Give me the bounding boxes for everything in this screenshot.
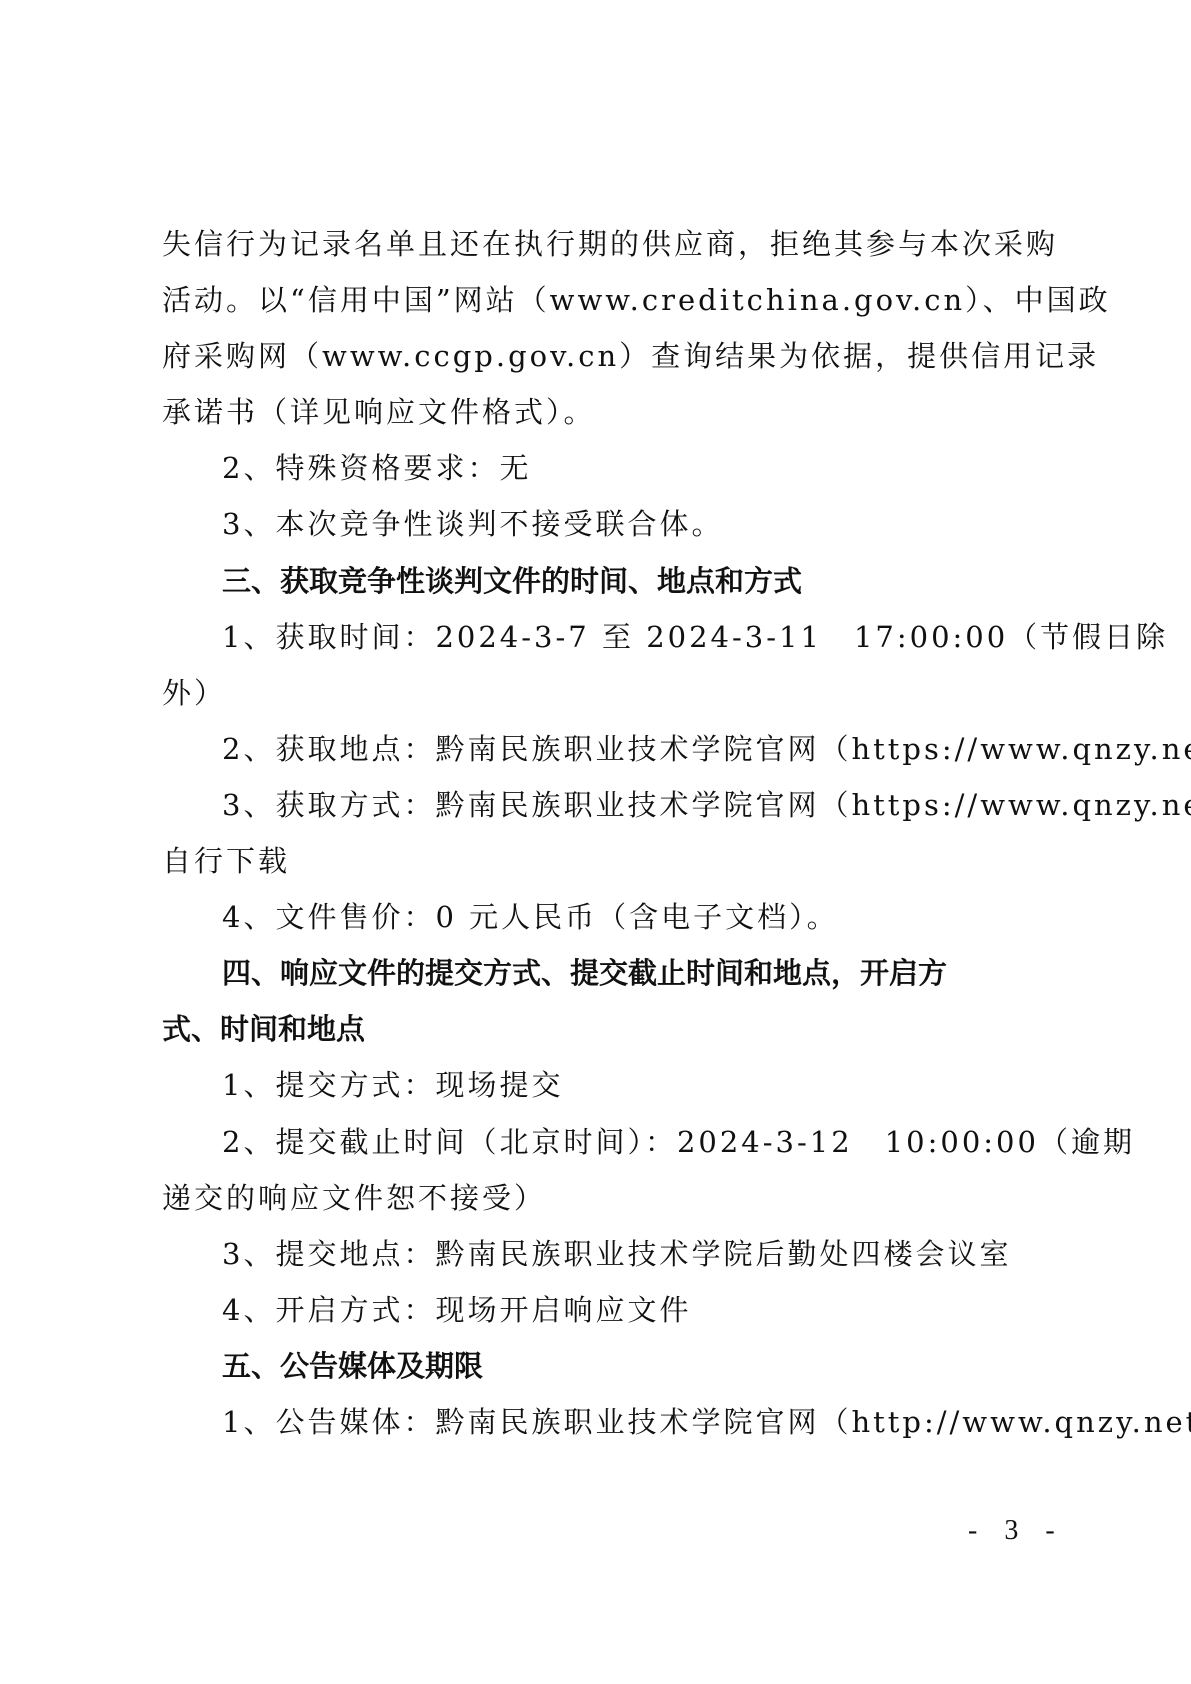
list-item: 2、获取地点：黔南民族职业技术学院官网（https://www.qnzy.net…: [162, 721, 1042, 777]
document-page: 失信行为记录名单且还在执行期的供应商，拒绝其参与本次采购 活动。以“信用中国”网…: [0, 0, 1191, 1684]
list-item: 4、开启方式：现场开启响应文件: [162, 1282, 1042, 1338]
list-item: 3、获取方式：黔南民族职业技术学院官网（https://www.qnzy.net…: [162, 777, 1042, 833]
paragraph-line: 失信行为记录名单且还在执行期的供应商，拒绝其参与本次采购: [162, 216, 1042, 272]
paragraph-line: 府采购网（www.ccgp.gov.cn）查询结果为依据，提供信用记录: [162, 328, 1042, 384]
list-item: 1、获取时间：2024-3-7 至 2024-3-11 17:00:00（节假日…: [162, 609, 1042, 665]
paragraph-line: 承诺书（详见响应文件格式）。: [162, 384, 1042, 440]
document-body: 失信行为记录名单且还在执行期的供应商，拒绝其参与本次采购 活动。以“信用中国”网…: [162, 216, 1042, 1450]
section-heading-continued: 式、时间和地点: [162, 1001, 1042, 1057]
paragraph-line: 外）: [162, 665, 1042, 721]
paragraph-line: 递交的响应文件恕不接受）: [162, 1170, 1042, 1226]
list-item: 1、提交方式：现场提交: [162, 1057, 1042, 1113]
list-item: 2、特殊资格要求：无: [162, 440, 1042, 496]
list-item: 4、文件售价：0 元人民币（含电子文档）。: [162, 889, 1042, 945]
list-item: 3、提交地点：黔南民族职业技术学院后勤处四楼会议室: [162, 1226, 1042, 1282]
list-item: 3、本次竞争性谈判不接受联合体。: [162, 496, 1042, 552]
section-heading: 三、获取竞争性谈判文件的时间、地点和方式: [162, 553, 1042, 609]
paragraph-line: 活动。以“信用中国”网站（www.creditchina.gov.cn）、中国政: [162, 272, 1042, 328]
page-number: - 3 -: [968, 1515, 1065, 1547]
list-item: 1、公告媒体：黔南民族职业技术学院官网（http://www.qnzy.net）: [162, 1394, 1042, 1450]
list-item: 2、提交截止时间（北京时间）：2024-3-12 10:00:00（逾期: [162, 1114, 1042, 1170]
paragraph-line: 自行下载: [162, 833, 1042, 889]
section-heading: 四、响应文件的提交方式、提交截止时间和地点，开启方: [162, 945, 1042, 1001]
section-heading: 五、公告媒体及期限: [162, 1338, 1042, 1394]
